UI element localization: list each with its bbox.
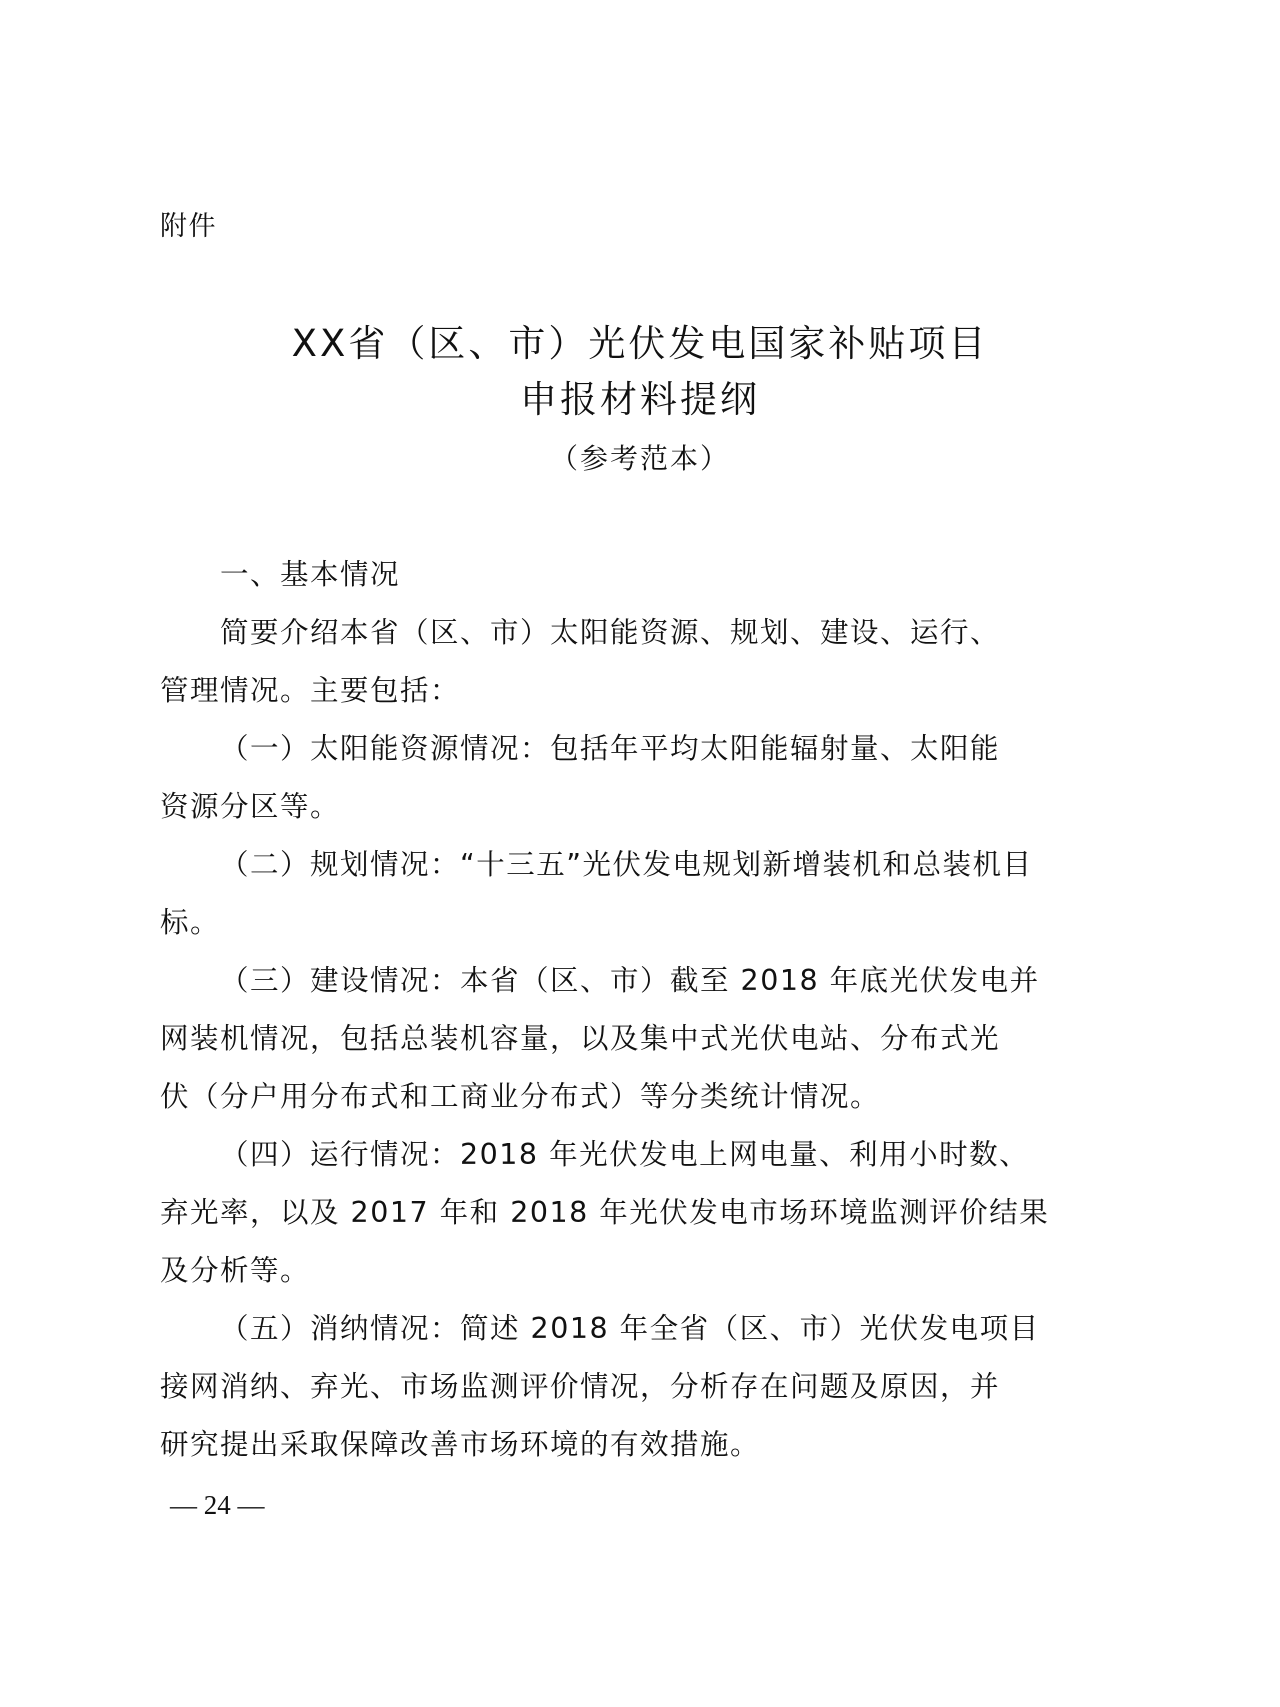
body-line: （二）规划情况：“十三五”光伏发电规划新增装机和总装机目 — [220, 848, 1033, 882]
document-subtitle: （参考范本） — [0, 442, 1280, 476]
body-line: 及分析等。 — [160, 1254, 1020, 1288]
document-page: 附件 XX省（区、市）光伏发电国家补贴项目 申报材料提纲 （参考范本） 一、基本… — [0, 0, 1280, 1707]
body-line: 研究提出采取保障改善市场环境的有效措施。 — [160, 1428, 1020, 1462]
body-line: （四）运行情况：2018 年光伏发电上网电量、利用小时数、 — [220, 1138, 1029, 1172]
section-heading: 一、基本情况 — [220, 558, 400, 592]
body-line: 资源分区等。 — [160, 790, 1020, 824]
page-number: — 24 — — [170, 1488, 265, 1522]
body-line: （五）消纳情况：简述 2018 年全省（区、市）光伏发电项目 — [220, 1312, 1040, 1346]
body-line: 简要介绍本省（区、市）太阳能资源、规划、建设、运行、 — [220, 616, 1000, 650]
body-line: （三）建设情况：本省（区、市）截至 2018 年底光伏发电并 — [220, 964, 1040, 998]
body-line: 标。 — [160, 906, 1020, 940]
body-line: 伏（分户用分布式和工商业分布式）等分类统计情况。 — [160, 1080, 1020, 1114]
body-line: 弃光率，以及 2017 年和 2018 年光伏发电市场环境监测评价结果 — [160, 1196, 1020, 1230]
body-line: 管理情况。主要包括： — [160, 674, 1020, 708]
attachment-label: 附件 — [160, 210, 217, 244]
document-title-line-2: 申报材料提纲 — [0, 378, 1280, 422]
body-line: （一）太阳能资源情况：包括年平均太阳能辐射量、太阳能 — [220, 732, 1000, 766]
body-line: 接网消纳、弃光、市场监测评价情况，分析存在问题及原因，并 — [160, 1370, 1020, 1404]
document-title-line-1: XX省（区、市）光伏发电国家补贴项目 — [0, 322, 1280, 366]
body-line: 网装机情况，包括总装机容量，以及集中式光伏电站、分布式光 — [160, 1022, 1020, 1056]
